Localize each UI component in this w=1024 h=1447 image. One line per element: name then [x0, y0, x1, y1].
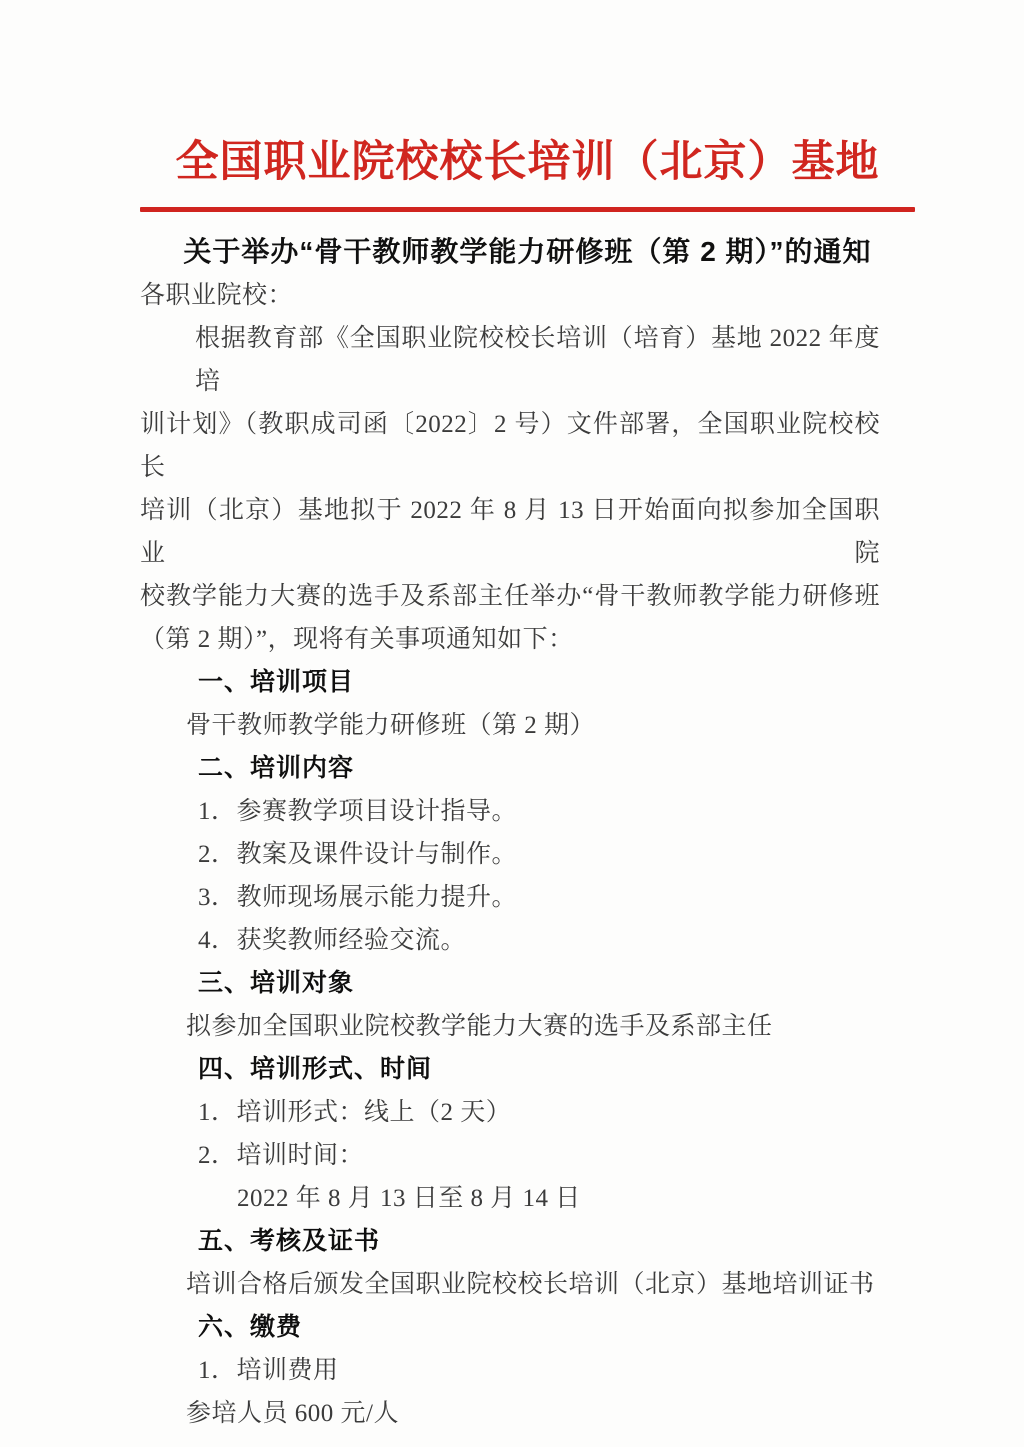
section-heading-training-format-time: 四、培训形式、时间: [140, 1048, 880, 1091]
section-line: 拟参加全国职业院校教学能力大赛的选手及系部主任: [140, 1005, 880, 1048]
section-line: 骨干教师教学能力研修班（第 2 期）: [140, 704, 880, 747]
section-line: 4．获奖教师经验交流。: [140, 919, 880, 962]
training-date-line: 2022 年 8 月 13 日至 8 月 14 日: [140, 1177, 880, 1220]
section-line: 2．培训时间：: [140, 1134, 880, 1177]
letterhead-title: 全国职业院校校长培训（北京）基地: [140, 136, 915, 190]
intro-line: 训计划》（教职成司函〔2022〕2 号）文件部署，全国职业院校校长: [140, 403, 880, 489]
section-line: 1．参赛教学项目设计指导。: [140, 790, 880, 833]
intro-line: 培训（北京）基地拟于 2022 年 8 月 13 日开始面向拟参加全国职业院: [140, 489, 880, 575]
notice-title: 关于举办“骨干教师教学能力研修班（第 2 期）”的通知: [140, 236, 915, 268]
section-heading-training-project: 一、培训项目: [140, 661, 880, 704]
notice-body: 各职业院校： 根据教育部《全国职业院校校长培训（培育）基地 2022 年度培 训…: [140, 274, 880, 1435]
section-heading-assessment-certificate: 五、考核及证书: [140, 1220, 880, 1263]
salutation: 各职业院校：: [140, 274, 880, 317]
section-line: 2．教案及课件设计与制作。: [140, 833, 880, 876]
training-fee-line: 参培人员 600 元/人: [140, 1392, 880, 1435]
section-line: 3．教师现场展示能力提升。: [140, 876, 880, 919]
letterhead-rule: [140, 207, 915, 212]
section-line: 1．培训形式：线上（2 天）: [140, 1091, 880, 1134]
document-page: 全国职业院校校长培训（北京）基地 关于举办“骨干教师教学能力研修班（第 2 期）…: [0, 0, 1024, 1447]
intro-line: 根据教育部《全国职业院校校长培训（培育）基地 2022 年度培: [140, 317, 880, 403]
letterhead: 全国职业院校校长培训（北京）基地: [140, 0, 915, 212]
section-heading-training-audience: 三、培训对象: [140, 962, 880, 1005]
intro-line: （第 2 期）”，现将有关事项通知如下：: [140, 618, 880, 661]
section-heading-payment: 六、缴费: [140, 1306, 880, 1349]
notice-content: 关于举办“骨干教师教学能力研修班（第 2 期）”的通知 各职业院校： 根据教育部…: [140, 236, 915, 1435]
section-heading-training-content: 二、培训内容: [140, 747, 880, 790]
section-line: 1．培训费用: [140, 1349, 880, 1392]
intro-line: 校教学能力大赛的选手及系部主任举办“骨干教师教学能力研修班: [140, 575, 880, 618]
section-line: 培训合格后颁发全国职业院校校长培训（北京）基地培训证书: [140, 1263, 880, 1306]
